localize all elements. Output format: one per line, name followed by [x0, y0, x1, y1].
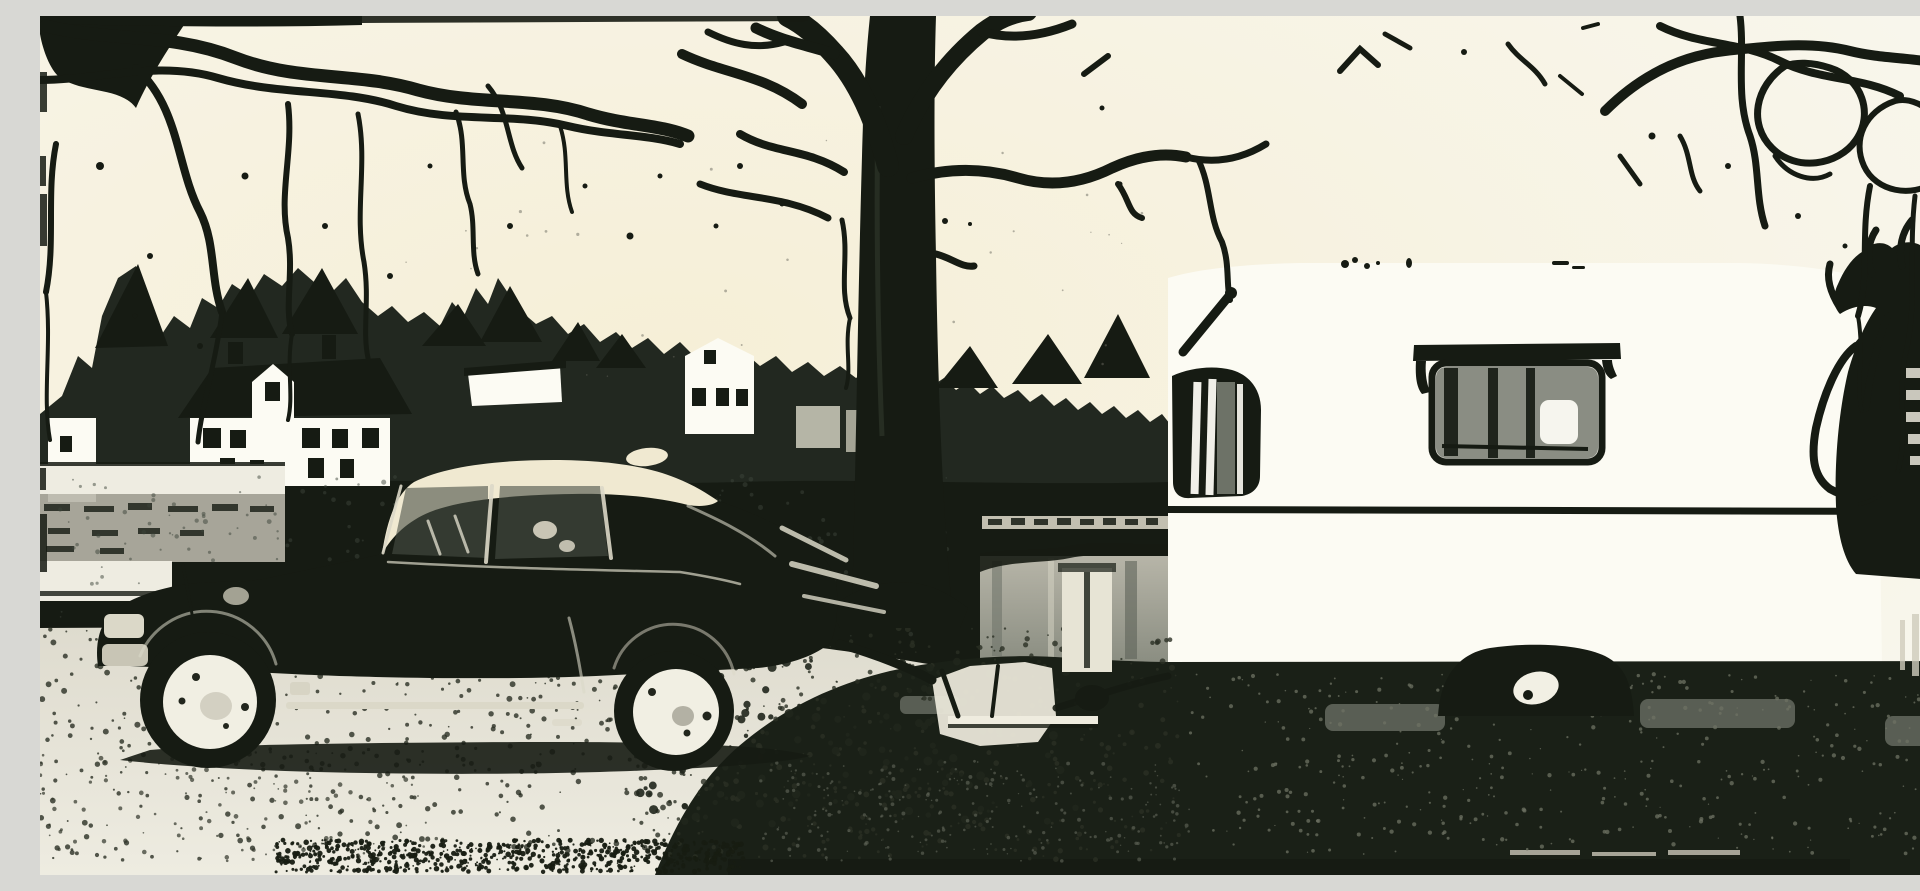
chimney — [228, 342, 243, 364]
hubcap-hole — [1523, 690, 1533, 700]
scan-bottom-bar — [728, 859, 1850, 875]
rocker-trim — [286, 702, 584, 709]
headlight — [223, 587, 249, 605]
chimney — [322, 335, 336, 359]
light-patch — [796, 406, 840, 448]
shore-strip — [40, 494, 285, 562]
curtain-gap — [1540, 400, 1578, 444]
embankment-band — [40, 464, 285, 494]
front-wheel — [140, 632, 276, 768]
caravan-side-window — [1413, 343, 1621, 462]
caravan-trailer — [1168, 220, 1920, 664]
hedge-light-strip — [982, 516, 1168, 529]
photo-canvas — [40, 16, 1920, 875]
hitch-bar — [948, 716, 1098, 724]
dark-grass — [655, 656, 1920, 875]
front-bumper — [104, 614, 144, 638]
gable-window — [265, 382, 280, 401]
wall-window — [60, 436, 72, 452]
band-edge — [40, 462, 285, 466]
caravan-front-window — [1172, 368, 1261, 499]
photo-car-and-caravan — [40, 16, 1920, 875]
jockey-wheel — [1075, 685, 1109, 711]
rear-wheel — [614, 651, 734, 771]
house-2 — [685, 338, 754, 434]
door-handle — [290, 682, 310, 695]
